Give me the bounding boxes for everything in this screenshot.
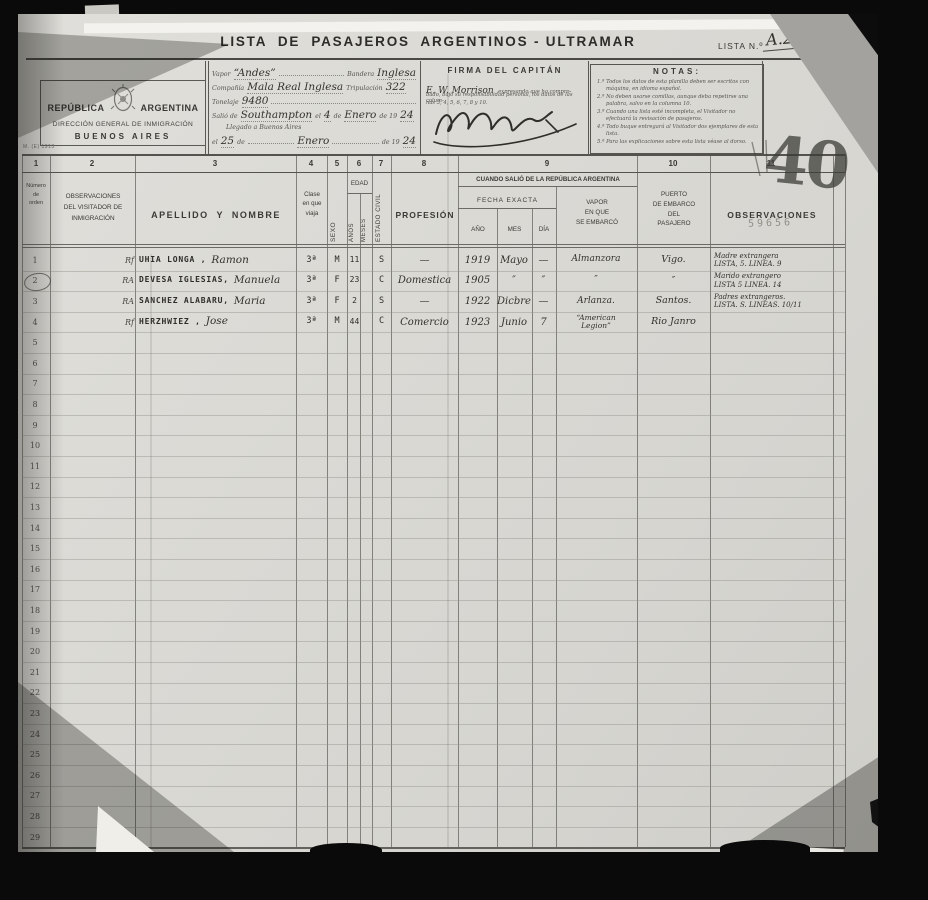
row4-anos: 44 <box>348 311 361 334</box>
compania-label: Compañía <box>212 85 244 92</box>
agency-republica: REPÚBLICA <box>47 103 104 113</box>
row3-vapor: Arlanza. <box>556 290 636 313</box>
header-mes: MES <box>497 226 532 233</box>
row-number-4: 4 <box>22 312 48 333</box>
row2-mes: ″ <box>497 270 531 293</box>
row1-visitador-mark: Rf <box>110 249 134 272</box>
scan-border-bottom <box>0 852 928 900</box>
header-fecha-exacta: FECHA EXACTA <box>459 197 556 204</box>
llegada-el-label: el <box>212 139 218 146</box>
row-number-23: 23 <box>22 703 48 724</box>
row2-visitador-mark: RA <box>110 270 134 293</box>
row-number-29: 29 <box>22 827 48 848</box>
row-line <box>22 497 845 498</box>
column-line <box>845 154 846 847</box>
fold-crease <box>447 74 449 848</box>
header-sexo: SEXO <box>330 198 344 242</box>
header-ano: AÑO <box>459 226 497 233</box>
row-number-12: 12 <box>22 477 48 498</box>
row-number-14: 14 <box>22 518 48 539</box>
fecha-underline <box>458 208 556 209</box>
row1-anos: 11 <box>348 249 361 272</box>
row3-mes: Dicbre <box>497 290 531 313</box>
llegada-de19-label: de 19 <box>382 139 400 146</box>
row-line <box>22 806 845 807</box>
page-title: LISTA DE PASAJEROS ARGENTINOS - ULTRAMAR <box>188 34 668 49</box>
lista-number-value: A.2 <box>761 27 804 51</box>
lista-number-label: LISTA N.º <box>718 41 764 51</box>
row-number-16: 16 <box>22 559 48 580</box>
row-number-19: 19 <box>22 621 48 642</box>
row-number-11: 11 <box>22 456 48 477</box>
notas-list: 1.ª Todos los datos de esta planilla deb… <box>591 79 763 147</box>
row-number-20: 20 <box>22 641 48 662</box>
row-number-25: 25 <box>22 744 48 765</box>
row2-ano: 1905 <box>459 270 496 293</box>
compania-line: Compañía Mala Real Inglesa Tripulación 3… <box>212 82 416 94</box>
edad-underline <box>347 193 372 194</box>
row-number-21: 21 <box>22 662 48 683</box>
scan-border-right <box>878 0 928 900</box>
scan-edge-blob <box>720 840 810 856</box>
row4-given-name: Jose <box>206 316 228 328</box>
row3-dia: — <box>532 290 555 313</box>
paper-top-edge <box>84 19 874 34</box>
row-line <box>22 580 845 581</box>
row3-name: SANCHEZ ALABARU,Maria <box>139 290 296 313</box>
row-number-7: 7 <box>22 374 48 395</box>
row1-given-name: Ramon <box>211 255 248 267</box>
row-line <box>22 786 845 787</box>
dotted-leader <box>248 136 294 144</box>
row-number-6: 6 <box>22 353 48 374</box>
header-cuando-salio: CUANDO SALIÓ DE LA REPÚBLICA ARGENTINA <box>459 176 637 183</box>
llegada-month: Enero <box>297 136 329 148</box>
column-line <box>710 154 711 847</box>
row-number-24: 24 <box>22 724 48 745</box>
notas-section: NOTAS: 1.ª Todos los datos de esta plani… <box>590 64 764 154</box>
salio-year: 24 <box>400 110 413 122</box>
column-line <box>833 154 834 847</box>
scan-border-left <box>0 0 18 900</box>
ship-details-form: Vapor “Andes” Bandera Inglesa Compañía M… <box>212 66 416 152</box>
header-anos: AÑOS <box>349 200 360 242</box>
captain-signature-icon <box>430 96 582 150</box>
row1-observaciones: Madre extrangera LISTA, 5. LINEA. 9 <box>714 249 831 272</box>
row-line <box>22 559 845 560</box>
agency-argentina: ARGENTINA <box>141 103 199 113</box>
row-line <box>22 353 845 354</box>
row-line <box>22 518 845 519</box>
column-number-1: 1 <box>22 156 50 171</box>
row-line <box>22 415 845 416</box>
tonelaje-value: 9480 <box>242 96 269 108</box>
row1-mes: Mayo <box>497 249 531 272</box>
fold-crease <box>150 254 152 848</box>
row-line <box>22 683 845 684</box>
row-line <box>22 724 845 725</box>
table-line <box>22 172 845 173</box>
compania-value: Mala Real Inglesa <box>247 82 343 94</box>
header-divider <box>588 61 589 154</box>
salio-day: 4 <box>324 110 331 122</box>
row4-vapor: “American Legion” <box>556 311 636 334</box>
row-number-15: 15 <box>22 538 48 559</box>
vapor-value: “Andes” <box>234 68 276 80</box>
row3-puerto: Santos. <box>638 290 709 313</box>
row-number-8: 8 <box>22 394 48 415</box>
row2-name: DEVESA IGLESIAS,Manuela <box>139 270 296 293</box>
scan-border-top <box>0 0 928 14</box>
form-code: M. (E) 1913 <box>23 144 55 150</box>
nota-item-2: 2.ª No deben usarse comillas, aunque deb… <box>597 94 759 108</box>
row1-estado-civil: S <box>373 249 390 272</box>
column-number-4: 4 <box>297 156 325 171</box>
row2-surname: DEVESA IGLESIAS, <box>139 276 229 285</box>
header-clase: Clase en que viaja <box>297 190 327 218</box>
row-line <box>22 600 845 601</box>
row-line <box>22 827 845 828</box>
dotted-leader <box>271 96 416 104</box>
header-meses: MESES <box>361 200 372 242</box>
el-label: el <box>315 113 321 120</box>
header-estado-civil: ESTADO CIVIL <box>375 190 389 242</box>
row4-estado-civil: C <box>373 311 390 334</box>
nota-item-1: 1.ª Todos los datos de esta planilla deb… <box>597 79 759 93</box>
row-line <box>22 744 845 745</box>
cuando-underline <box>458 186 637 187</box>
row4-mes: Junio <box>497 311 531 334</box>
notas-heading: NOTAS: <box>591 67 763 76</box>
row-number-27: 27 <box>22 786 48 807</box>
row-line <box>22 641 845 642</box>
nota-item-4: 4.ª Todo buque entregará al Visitador do… <box>597 124 759 138</box>
table-line <box>22 247 845 248</box>
vapor-line: Vapor “Andes” Bandera Inglesa <box>212 68 416 80</box>
row-number-1: 1 <box>22 250 48 271</box>
row-line <box>22 538 845 539</box>
llegada-year: 24 <box>403 136 416 148</box>
column-number-10: 10 <box>659 156 687 171</box>
row-number-3: 3 <box>22 291 48 312</box>
row-line <box>22 394 845 395</box>
llegada-label: Llegado a Buenos Aires <box>212 124 301 131</box>
row1-sexo: M <box>328 249 346 272</box>
bandera-label: Bandera <box>347 71 374 78</box>
row-line <box>22 765 845 766</box>
tripulacion-label: Tripulación <box>346 85 382 92</box>
row-number-9: 9 <box>22 415 48 436</box>
nota-item-5: 5.ª Para las explicaciones sobre esta li… <box>597 139 759 146</box>
row4-clase: 3ª <box>297 311 326 334</box>
agency-direccion: DIRECCIÓN GENERAL DE INMIGRACIÓN <box>41 121 205 128</box>
row3-observaciones: Padres extrangeros. LISTA. S. LINEAS. 10… <box>714 290 831 313</box>
row3-given-name: Maria <box>234 296 266 308</box>
row-number-22: 22 <box>22 683 48 704</box>
de19-label: de 19 <box>379 113 397 120</box>
llegada-label-line: Llegado a Buenos Aires <box>212 124 416 131</box>
vapor-label: Vapor <box>212 71 231 78</box>
column-number-3: 3 <box>201 156 229 171</box>
row4-sexo: M <box>328 311 346 334</box>
row3-estado-civil: S <box>373 290 390 313</box>
row-line <box>22 435 845 436</box>
dotted-leader <box>332 136 378 144</box>
row3-ano: 1922 <box>459 290 496 313</box>
row4-ano: 1923 <box>459 311 496 334</box>
row2-observaciones: Marido extrangero LISTA 5 LINEA. 14 <box>714 270 831 293</box>
header-vapor: VAPOR EN QUE SE EMBARCÓ <box>557 198 637 228</box>
title-rule <box>26 58 844 60</box>
row1-clase: 3ª <box>297 249 326 272</box>
row1-name: UHIA LONGA ,Ramon <box>139 249 296 272</box>
row-number-5: 5 <box>22 332 48 353</box>
salida-line: Salió de Southampton el 4 de Enero de 19… <box>212 110 416 122</box>
tonelaje-line: Tonelaje 9480 <box>212 96 416 108</box>
column-number-2: 2 <box>78 156 106 171</box>
column-line <box>135 154 136 847</box>
row2-dia: ″ <box>532 270 555 293</box>
row3-visitador-mark: RA <box>110 290 134 313</box>
row2-sexo: F <box>328 270 346 293</box>
row2-anos: 23 <box>348 270 361 293</box>
row1-dia: — <box>532 249 555 272</box>
row4-puerto: Rio Janro <box>638 311 709 334</box>
row2-estado-civil: C <box>373 270 390 293</box>
row-number-28: 28 <box>22 806 48 827</box>
row1-ano: 1919 <box>459 249 496 272</box>
row-number-13: 13 <box>22 497 48 518</box>
row4-dia: 7 <box>532 311 555 334</box>
tripulacion-value: 322 <box>386 82 406 94</box>
row3-sexo: F <box>328 290 346 313</box>
row2-vapor: ″ <box>556 270 636 293</box>
column-line <box>50 154 51 847</box>
column-number-7: 7 <box>367 156 395 171</box>
header-edad: EDAD <box>347 180 372 187</box>
row-line <box>22 662 845 663</box>
row4-surname: HERZHWIEZ , <box>139 318 201 327</box>
row1-vapor: Almanzora <box>556 249 636 272</box>
serial-stamp: 59656 <box>748 217 793 230</box>
scan-edge-blob <box>310 843 382 857</box>
page-number-stamp: 40 <box>761 128 850 200</box>
passenger-list-form: LISTA DE PASAJEROS ARGENTINOS - ULTRAMAR… <box>18 14 878 852</box>
tonelaje-label: Tonelaje <box>212 99 239 106</box>
row2-given-name: Manuela <box>234 275 280 287</box>
bandera-value: Inglesa <box>377 68 416 80</box>
row-number-26: 26 <box>22 765 48 786</box>
pen-marks-icon <box>748 138 774 180</box>
row3-anos: 2 <box>348 290 361 313</box>
row-number-10: 10 <box>22 435 48 456</box>
document-scan: LISTA DE PASAJEROS ARGENTINOS - ULTRAMAR… <box>0 0 928 900</box>
row-line <box>22 477 845 478</box>
dotted-leader <box>279 68 345 76</box>
row2-clase: 3ª <box>297 270 326 293</box>
nota-item-3: 3.ª Cuando una lista esté incompleta, el… <box>597 109 759 123</box>
row-line <box>22 621 845 622</box>
header-numero: Número de orden <box>22 182 50 208</box>
llegada-line: el 25 de Enero de 19 24 <box>212 136 416 148</box>
salio-label: Salió de <box>212 113 238 120</box>
header-dia: DÍA <box>532 226 556 233</box>
agency-stamp: REPÚBLICA ARGENTINA DIRECCIÓN GENERAL DE… <box>40 80 206 146</box>
row-number-17: 17 <box>22 580 48 601</box>
column-number-8: 8 <box>410 156 438 171</box>
row4-name: HERZHWIEZ ,Jose <box>139 311 296 334</box>
salio-month: Enero <box>344 110 376 122</box>
header-visitador: OBSERVACIONES DEL VISITADOR DE INMIGRACI… <box>51 192 135 225</box>
row1-puerto: Vigo. <box>638 249 709 272</box>
header-puerto: PUERTO DE EMBARCO DEL PASAJERO <box>638 190 710 229</box>
salio-port: Southampton <box>241 110 313 122</box>
row3-surname: SANCHEZ ALABARU, <box>139 297 229 306</box>
header-divider <box>208 61 209 154</box>
row3-clase: 3ª <box>297 290 326 313</box>
row-number-18: 18 <box>22 600 48 621</box>
agency-city: BUENOS AIRES <box>41 132 205 141</box>
llegada-day: 25 <box>221 136 234 148</box>
row4-visitador-mark: Rf <box>110 311 134 334</box>
row-line <box>22 456 845 457</box>
row-line <box>22 374 845 375</box>
llegada-de-label: de <box>237 139 245 146</box>
table-line <box>22 244 845 245</box>
header-divider <box>420 61 421 154</box>
de-label: de <box>334 113 342 120</box>
agency-country: REPÚBLICA ARGENTINA <box>41 103 205 113</box>
column-number-9: 9 <box>533 156 561 171</box>
header-apellido: APELLIDO Y NOMBRE <box>136 210 296 220</box>
row2-puerto: ″ <box>638 270 709 293</box>
row-line <box>22 703 845 704</box>
